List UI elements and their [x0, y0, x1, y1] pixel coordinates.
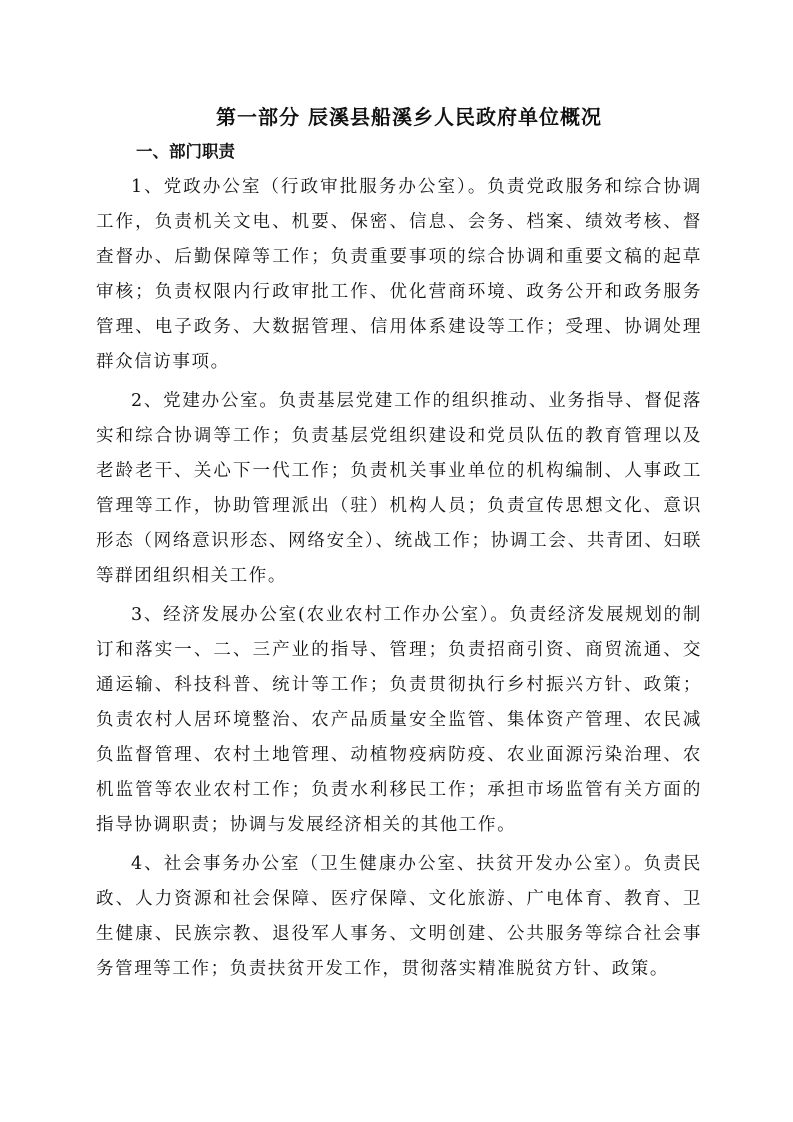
- document-page: 第一部分 辰溪县船溪乡人民政府单位概况 一、部门职责 1、党政办公室（行政审批服…: [96, 100, 702, 991]
- paragraph-party-building-office: 2、党建办公室。负责基层党建工作的组织推动、业务指导、督促落实和综合协调等工作；…: [96, 384, 702, 594]
- paragraph-party-government-office: 1、党政办公室（行政审批服务办公室）。负责党政服务和综合协调工作，负责机关文电、…: [96, 170, 702, 380]
- paragraph-social-affairs-office: 4、社会事务办公室（卫生健康办公室、扶贫开发办公室）。负责民政、人力资源和社会保…: [96, 847, 702, 987]
- document-title: 第一部分 辰溪县船溪乡人民政府单位概况: [96, 100, 702, 134]
- section-heading-department-duties: 一、部门职责: [136, 134, 702, 170]
- paragraph-economic-development-office: 3、经济发展办公室(农业农村工作办公室）。负责经济发展规划的制订和落实一、二、三…: [96, 598, 702, 843]
